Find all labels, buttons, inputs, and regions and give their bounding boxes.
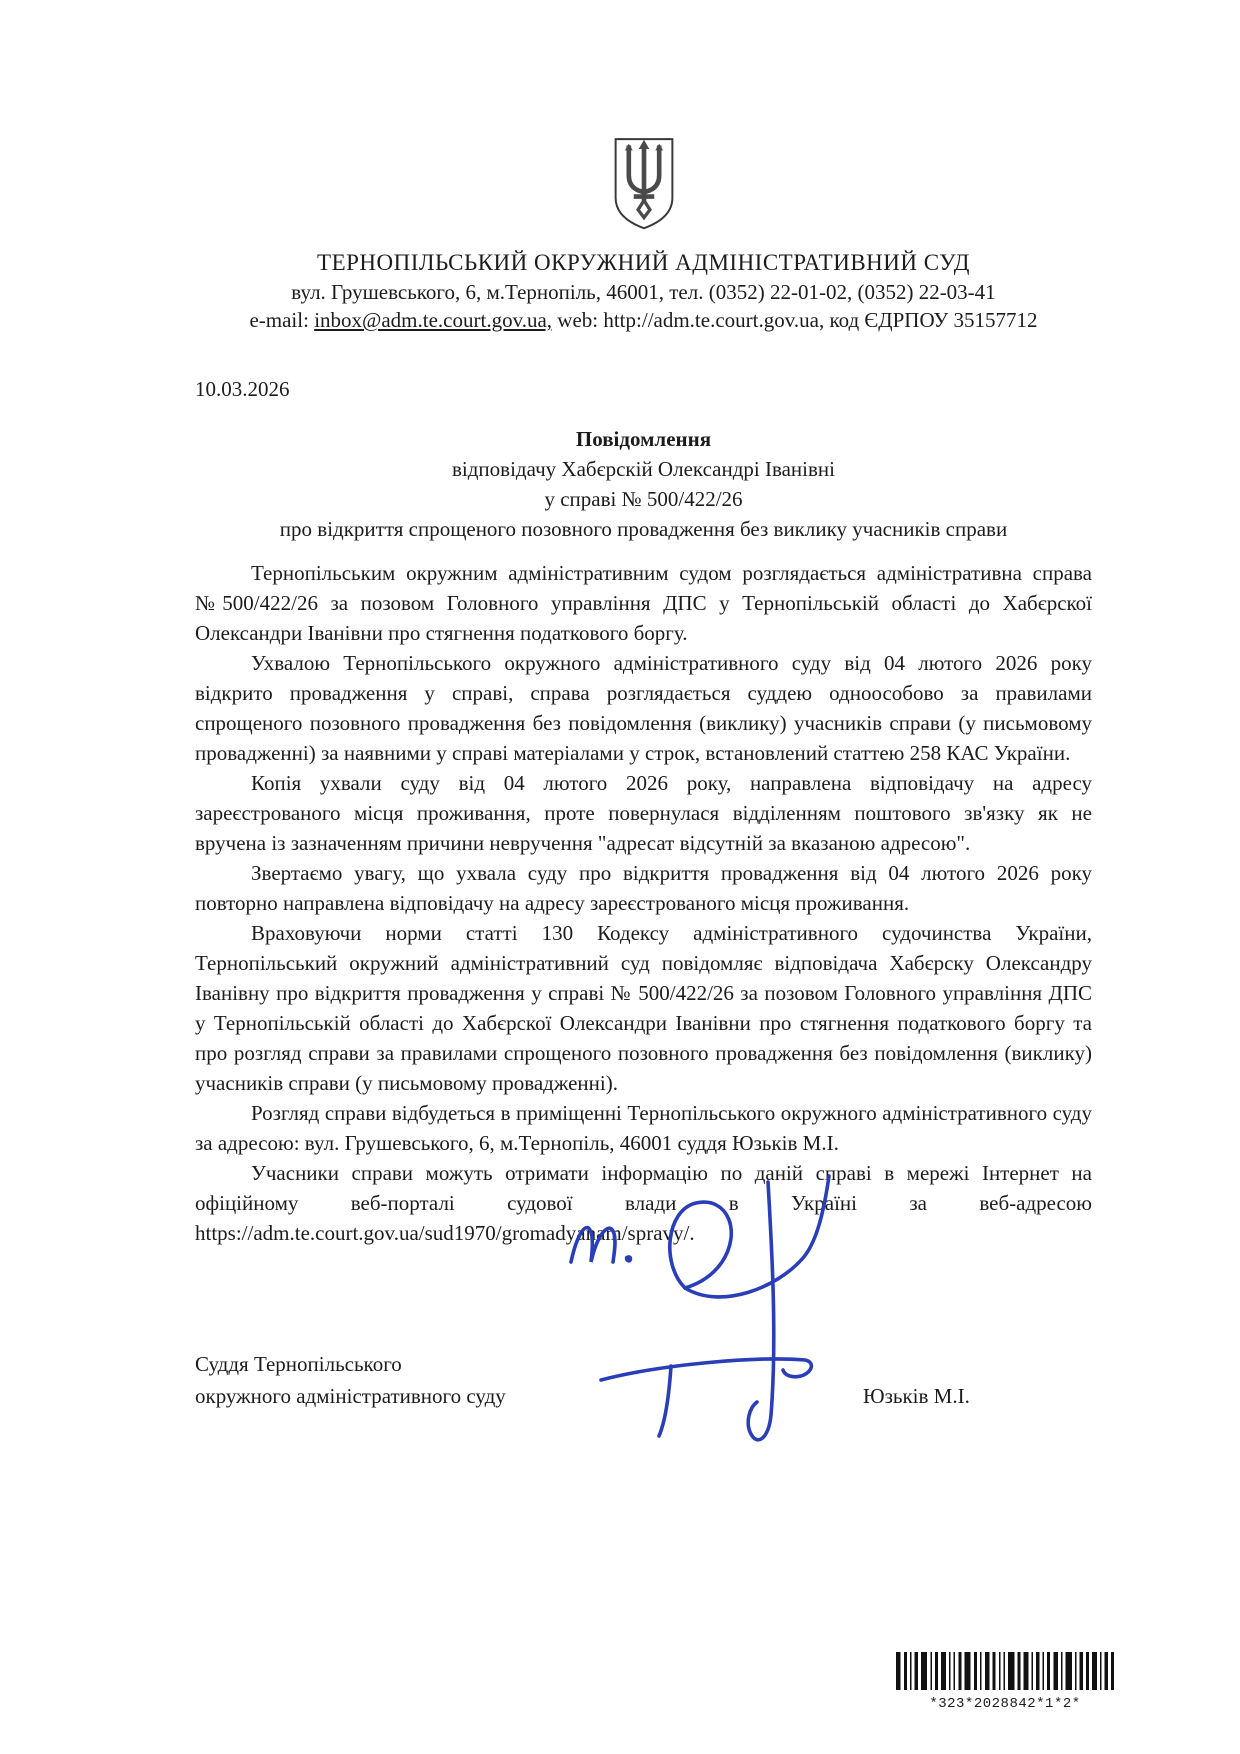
subject-recipient: відповідачу Хабєрскій Олександрі Іванівн… bbox=[195, 454, 1092, 484]
signer-name: Юзьків М.І. bbox=[863, 1380, 970, 1412]
scanned-court-document-page: ТЕРНОПІЛЬСЬКИЙ ОКРУЖНИЙ АДМІНІСТРАТИВНИЙ… bbox=[0, 0, 1240, 1754]
emblem-wrap bbox=[195, 137, 1092, 236]
letterhead: ТЕРНОПІЛЬСЬКИЙ ОКРУЖНИЙ АДМІНІСТРАТИВНИЙ… bbox=[195, 137, 1092, 333]
court-email: inbox@adm.te.court.gov.ua, bbox=[314, 308, 552, 332]
ukraine-trident-emblem-icon bbox=[611, 137, 677, 236]
paragraph: Враховуючи норми статті 130 Кодексу адмі… bbox=[195, 918, 1092, 1098]
barcode-icon bbox=[896, 1677, 1114, 1694]
signer-title-line1: Суддя Тернопільського bbox=[195, 1348, 506, 1380]
signer-title: Суддя Тернопільського окружного адмініст… bbox=[195, 1348, 506, 1412]
barcode-text: *323*2028842*1*2* bbox=[895, 1696, 1115, 1712]
document-content: ТЕРНОПІЛЬСЬКИЙ ОКРУЖНИЙ АДМІНІСТРАТИВНИЙ… bbox=[195, 0, 1092, 1412]
document-body: Тернопільським окружним адміністративним… bbox=[195, 558, 1092, 1248]
paragraph: Розгляд справи відбудеться в приміщенні … bbox=[195, 1098, 1092, 1158]
document-date: 10.03.2026 bbox=[195, 377, 1092, 402]
paragraph: Тернопільським окружним адміністративним… bbox=[195, 558, 1092, 648]
subject-case-number: у справі № 500/422/26 bbox=[195, 484, 1092, 514]
paragraph: Звертаємо увагу, що ухвала суду про відк… bbox=[195, 858, 1092, 918]
email-label: e-mail: bbox=[249, 308, 314, 332]
document-title: Повідомлення bbox=[195, 424, 1092, 454]
signer-title-line2: окружного адміністративного суду bbox=[195, 1380, 506, 1412]
court-name: ТЕРНОПІЛЬСЬКИЙ ОКРУЖНИЙ АДМІНІСТРАТИВНИЙ… bbox=[195, 250, 1092, 276]
barcode-block: *323*2028842*1*2* bbox=[895, 1652, 1115, 1712]
web-and-edrpou: web: http://adm.te.court.gov.ua, код ЄДР… bbox=[552, 308, 1038, 332]
paragraph: Копія ухвали суду від 04 лютого 2026 рок… bbox=[195, 768, 1092, 858]
court-contacts-line: e-mail: inbox@adm.te.court.gov.ua, web: … bbox=[195, 308, 1092, 333]
subject-description: про відкриття спрощеного позовного прова… bbox=[195, 514, 1092, 544]
paragraph: Учасники справи можуть отримати інформац… bbox=[195, 1158, 1092, 1248]
subject-block: Повідомлення відповідачу Хабєрскій Олекс… bbox=[195, 424, 1092, 544]
paragraph: Ухвалою Тернопільського окружного адміні… bbox=[195, 648, 1092, 768]
signature-block: Суддя Тернопільського окружного адмініст… bbox=[195, 1342, 1092, 1412]
court-address-line: вул. Грушевського, 6, м.Тернопіль, 46001… bbox=[195, 280, 1092, 305]
